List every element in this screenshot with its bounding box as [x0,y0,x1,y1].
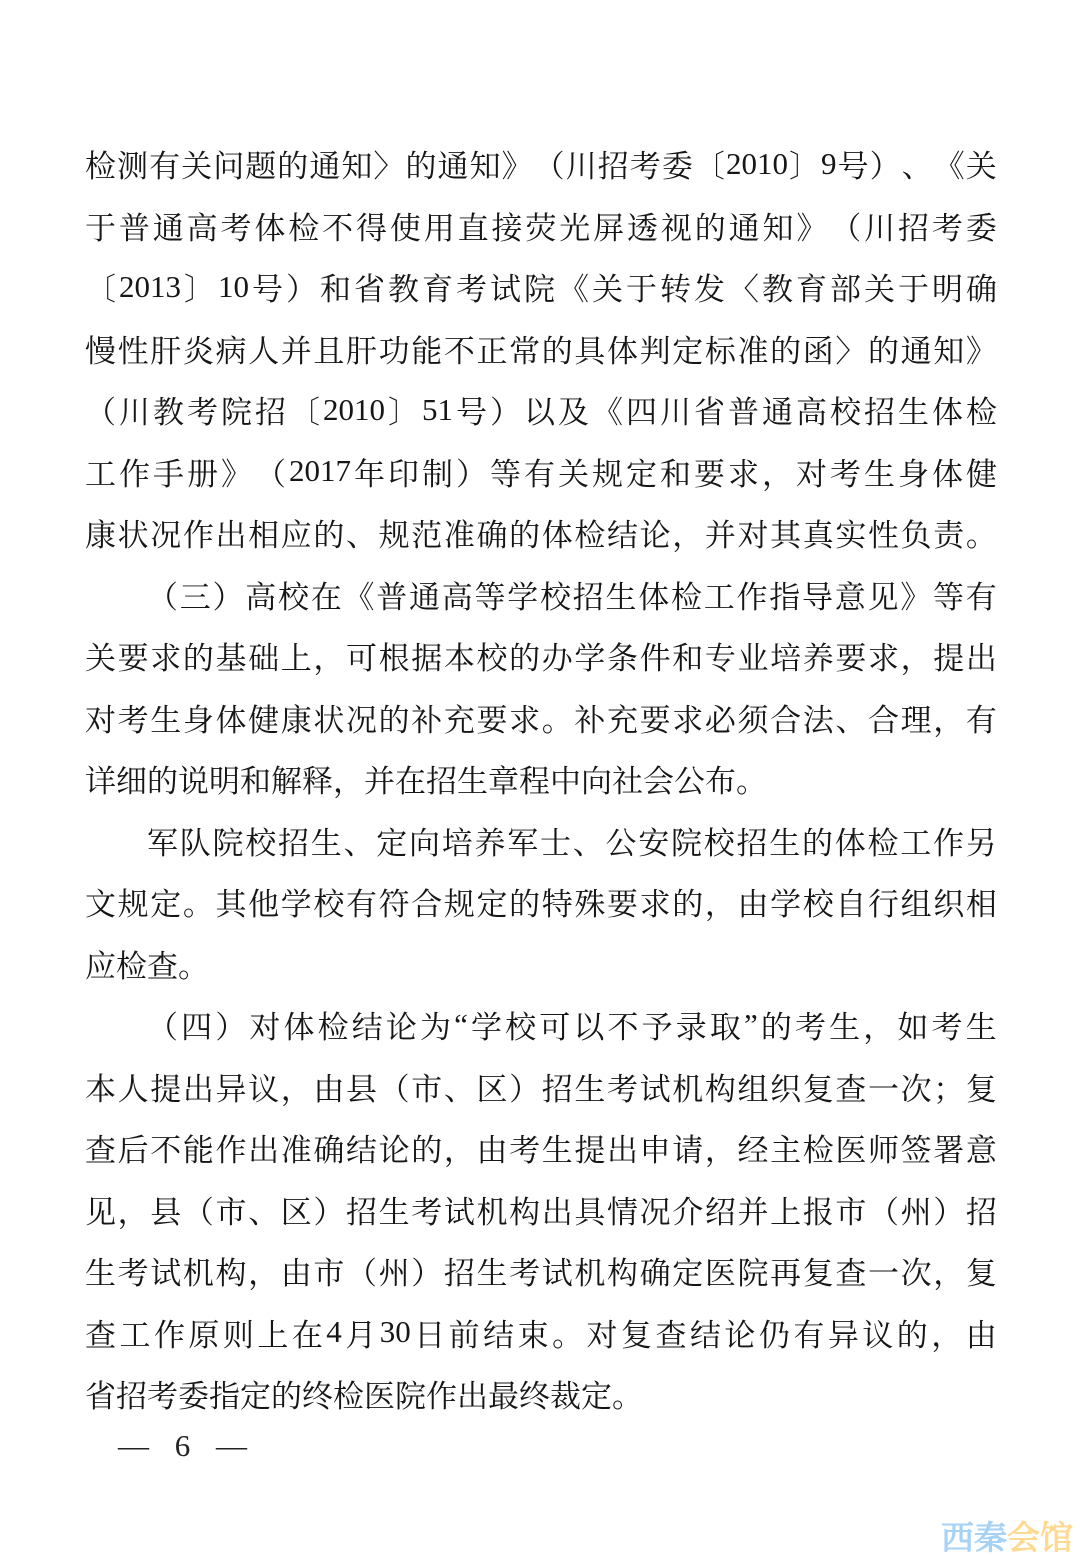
text-glyph: 院 [671,818,702,863]
text-glyph: 医 [835,1125,866,1170]
text-glyph: 市 [411,1064,442,1109]
text-glyph: 次 [901,1064,932,1109]
text-glyph: 养 [803,633,834,678]
text-glyph: （ [147,1002,178,1047]
text-glyph: 机 [574,1248,605,1293]
text-glyph: 专 [705,633,736,678]
text-glyph: 取 [710,1002,741,1047]
text-glyph: 学 [471,1002,502,1047]
text-glyph: 上 [770,1187,801,1232]
text-glyph: 〕 [388,387,419,432]
text-glyph: 通 [762,387,793,432]
text-glyph: 培 [442,818,473,863]
text-glyph: 体 [254,203,285,248]
text-glyph: 发 [694,264,725,309]
text-glyph: 和 [660,449,691,494]
text-glyph: 复 [803,1248,834,1293]
text-glyph: 病 [216,326,247,371]
text-glyph: 生 [311,818,342,863]
text-glyph: 州 [379,1248,410,1293]
text-glyph: 须 [738,695,769,740]
text-glyph: 出 [607,1125,638,1170]
text-glyph: 视 [661,203,692,248]
text-glyph: 本 [85,1064,116,1109]
text-glyph: 办 [542,633,573,678]
text-glyph: 确 [313,1125,344,1170]
text-line: 生考试机构，由市（州）招生考试机构确定医院再复查一次，复 [85,1240,997,1302]
text-glyph: 定 [477,879,508,924]
text-glyph: （ [830,203,861,248]
text-glyph: 充 [444,695,475,740]
text-glyph: 招 [346,1187,377,1232]
text-glyph: 范 [411,510,442,555]
text-glyph: 州 [901,1187,932,1232]
text-glyph: 并 [705,510,736,555]
text-glyph: 原 [188,1310,219,1355]
text-glyph: 、 [902,141,933,186]
text-glyph: 确 [640,1248,671,1293]
text-glyph: 、 [346,510,377,555]
text-glyph: 由 [966,1310,997,1355]
text-glyph: 相 [248,510,279,555]
text-glyph: 为 [420,1002,451,1047]
text-glyph: 能 [411,326,442,371]
text-glyph: 校 [505,1002,536,1047]
text-glyph: 招 [864,387,895,432]
text-glyph: 区 [281,1187,312,1232]
text-glyph: 织 [933,879,964,924]
text-glyph: ， [672,510,703,555]
text-glyph: 和 [320,264,351,309]
text-glyph: 手 [153,449,184,494]
text-glyph: 生 [85,1248,116,1293]
text-glyph: 基 [216,633,247,678]
text-glyph: 培 [770,633,801,678]
watermark-part-1: 西秦 [941,1519,1007,1556]
text-glyph: 结 [607,510,638,555]
text-line: 文规定。其他学校有符合规定的特殊要求的，由学校自行组织相 [85,871,997,933]
text-glyph: 的 [183,633,214,678]
text-glyph: 光 [559,203,590,248]
text-glyph: 用 [424,203,455,248]
text-glyph: 性 [868,510,899,555]
text-glyph: 知 [470,141,501,186]
text-glyph: 合 [868,695,899,740]
text-glyph: ） [870,141,901,186]
text-glyph: 有 [966,695,997,740]
text-glyph: 的 [379,695,410,740]
text-glyph: 对 [249,1002,280,1047]
text-glyph: 复 [803,1064,834,1109]
text-glyph: 《 [592,387,623,432]
text-glyph: 》 [966,326,997,371]
text-glyph: （ [346,1248,377,1293]
text-glyph: 真 [803,510,834,555]
text-glyph: 通 [901,326,932,371]
text-glyph: 请 [672,1125,703,1170]
text-glyph: 工 [704,572,735,617]
text-glyph: 录 [676,1002,707,1047]
text-glyph: 〔 [694,141,725,186]
text-glyph: 学 [507,572,538,617]
text-glyph: 有 [149,141,180,186]
text-glyph: 上 [281,633,312,678]
text-glyph: 以 [573,1002,604,1047]
text-glyph: 、 [444,1064,475,1109]
text-glyph: 炎 [183,326,214,371]
text-glyph: ， [933,695,964,740]
text-glyph: 确 [477,510,508,555]
text-glyph: 51 [422,392,453,428]
text-glyph: 招 [898,203,929,248]
text-glyph: 束 [518,1310,549,1355]
text-glyph: 法 [803,695,834,740]
text-glyph: （ [379,1064,410,1109]
text-glyph: 生 [829,1002,860,1047]
text-glyph: 检 [85,141,116,186]
text-glyph: 准 [444,510,475,555]
text-glyph: 养 [475,818,506,863]
text-glyph: 考 [932,203,963,248]
text-glyph: 生 [574,1064,605,1109]
text-glyph: 标 [705,326,736,371]
text-glyph: 构 [607,1248,638,1293]
text-glyph: 体 [638,572,669,617]
text-glyph: 求 [868,633,899,678]
text-glyph: 市 [835,1187,866,1232]
text-glyph: 测 [117,141,148,186]
text-glyph: 理 [901,695,932,740]
text-glyph: 考 [187,387,218,432]
text-glyph: 军 [147,818,178,863]
text-glyph: 其 [770,510,801,555]
text-glyph: 的 [509,879,540,924]
text-line: 检测有关问题的通知〉的通知》（川招考委〔2010〕9号）、《关 [85,133,997,195]
text-glyph: 关 [181,141,212,186]
text-glyph: 直 [458,203,489,248]
text-glyph: 确 [966,264,997,309]
text-glyph: 考 [830,449,861,494]
text-glyph: 知 [933,326,964,371]
text-glyph: 复 [621,1310,652,1355]
text-glyph: 10 [218,269,249,305]
text-glyph: 。 [552,1310,583,1355]
text-glyph: ， [762,449,793,494]
text-line: 对考生身体健康状况的补充要求。补充要求必须合法、合理，有 [85,687,997,749]
text-glyph: 织 [770,1064,801,1109]
text-glyph: 川 [119,387,150,432]
text-glyph: ） [490,387,521,432]
text-glyph: 教 [153,387,184,432]
text-glyph: 的 [695,203,726,248]
text-glyph: 向 [409,818,440,863]
text-glyph: 安 [638,818,669,863]
text-glyph: 〉 [373,141,404,186]
text-glyph: ） [213,572,244,617]
text-glyph: 的 [542,326,573,371]
text-glyph: 生 [477,1248,508,1293]
text-glyph: 条 [607,633,638,678]
text-glyph: 求 [640,879,671,924]
text-glyph: 试 [542,1248,573,1293]
text-glyph: 明 [932,264,963,309]
text-glyph: 件 [640,633,671,678]
text-glyph: 学 [770,879,801,924]
text-glyph: 校 [803,879,834,924]
text-glyph: 定 [672,326,703,371]
text-glyph: 体 [216,695,247,740]
text-glyph: 〔 [289,387,320,432]
text-glyph: 、 [835,695,866,740]
text-glyph: 育 [422,264,453,309]
text-glyph: 结 [346,1125,377,1170]
text-glyph: （ [534,141,565,186]
text-glyph: 相 [966,879,997,924]
text-glyph: 招 [598,141,629,186]
text-glyph: 〈 [728,264,759,309]
text-glyph: 其 [216,879,247,924]
text-glyph: （ [85,387,116,432]
page-number: — 6 — [118,1428,256,1464]
text-glyph: 的 [868,326,899,371]
text-glyph: 三 [180,572,211,617]
text-glyph: 。 [966,510,997,555]
text-glyph: （ [183,1187,214,1232]
text-glyph: 试 [640,1064,671,1109]
text-glyph: 由 [477,1125,508,1170]
text-glyph: 况 [346,695,377,740]
text-glyph: 关 [864,264,895,309]
watermark-part-2: 会馆 [1007,1519,1073,1556]
text-glyph: ， [933,1248,964,1293]
text-glyph: 考 [932,1002,963,1047]
text-glyph: ） [313,1187,344,1232]
text-glyph: 医 [705,1248,736,1293]
text-glyph: 〕 [789,141,820,186]
text-glyph: 校 [704,818,735,863]
text-glyph: 复 [966,1064,997,1109]
text-glyph: 构 [216,1248,247,1293]
text-glyph: 知 [341,141,372,186]
text-glyph: 议 [862,1310,893,1355]
text-glyph: 复 [966,1248,997,1293]
text-glyph: 2010 [323,392,385,428]
text-glyph: 公 [606,818,637,863]
text-glyph: 高 [796,387,827,432]
text-glyph: 作 [216,1125,247,1170]
text-glyph: 作 [183,510,214,555]
text-glyph: 不 [608,1002,639,1047]
text-glyph: ， [931,1310,962,1355]
watermark: 西秦会馆 [941,1512,1073,1556]
text-glyph: 、 [248,1187,279,1232]
text-glyph: 再 [770,1248,801,1293]
text-glyph: 考 [456,264,487,309]
text-glyph: 前 [449,1310,480,1355]
text-glyph: 考 [411,1187,442,1232]
text-glyph: 高 [245,572,276,617]
text-glyph: 。 [183,879,214,924]
text-glyph: 检 [868,818,899,863]
text-line: 本人提出异议，由县（市、区）招生考试机构组织复查一次；复 [85,1056,997,1118]
text-glyph: 育 [796,264,827,309]
text-glyph: 工 [85,449,116,494]
text-glyph: 判 [640,326,671,371]
text-glyph: 考 [607,1064,638,1109]
text-glyph: 作 [154,1310,185,1355]
text-glyph: 试 [150,1248,181,1293]
text-glyph: 查 [85,1125,116,1170]
text-glyph: 通 [438,141,469,186]
text-glyph: 《 [934,141,965,186]
text-glyph: 考 [118,1248,149,1293]
text-glyph: 2010 [726,146,788,182]
text-glyph: 号 [456,387,487,432]
text-glyph: 册 [187,449,218,494]
text-glyph: ； [933,1064,964,1109]
text-glyph: 招 [573,572,604,617]
text-glyph: 论 [386,1002,417,1047]
text-glyph: 出 [966,633,997,678]
text-glyph: 知 [763,203,794,248]
text-glyph: 委 [662,141,693,186]
text-glyph: 的 [405,141,436,186]
text-glyph: 〉 [835,326,866,371]
text-glyph: 状 [313,695,344,740]
text-glyph: 师 [868,1125,899,1170]
text-glyph: “ [454,1007,468,1043]
text-glyph: 出 [248,1125,279,1170]
text-glyph: 体 [284,1002,315,1047]
text-glyph: 招 [278,818,309,863]
text-line: （三）高校在《普通高等学校招生体检工作指导意见》等有 [85,564,997,626]
text-glyph: 关 [85,633,116,678]
text-glyph: 具 [574,326,605,371]
text-glyph: 要 [477,695,508,740]
text-glyph: 经 [738,1125,769,1170]
text-glyph: 生 [606,572,637,617]
text-glyph: 使 [390,203,421,248]
text-glyph: 本 [444,633,475,678]
text-glyph: 考 [221,203,252,248]
text-glyph: 考 [118,695,149,740]
text-glyph: 屏 [593,203,624,248]
text-glyph: 合 [411,879,442,924]
text-glyph: 于 [85,203,116,248]
text-glyph: 健 [248,695,279,740]
text-glyph: 军 [507,818,538,863]
text-glyph: 。 [542,695,573,740]
text-glyph: 省 [354,264,385,309]
text-glyph: 定 [150,879,181,924]
text-glyph: 要 [640,695,671,740]
text-glyph: 合 [770,695,801,740]
text-glyph: 签 [901,1125,932,1170]
text-glyph: ， [281,1064,312,1109]
text-glyph: 求 [150,633,181,678]
text-glyph: 教 [762,264,793,309]
text-glyph: 院 [524,264,555,309]
text-glyph: 规 [118,879,149,924]
text-glyph: 生 [542,1125,573,1170]
text-glyph: 仍 [759,1310,790,1355]
text-glyph: 要 [835,633,866,678]
text-glyph: 的 [672,879,703,924]
text-glyph: 出 [216,510,247,555]
text-glyph: 县 [346,1064,377,1109]
text-glyph: 招 [737,818,768,863]
text-glyph: 体 [607,326,638,371]
text-glyph: 责 [933,510,964,555]
text-glyph: 区 [477,1064,508,1109]
text-glyph: 通 [153,203,184,248]
text-glyph: 的 [509,633,540,678]
text-glyph: 普 [119,203,150,248]
text-glyph: 行 [868,879,899,924]
text-glyph: ） [215,1002,246,1047]
text-glyph: 性 [118,326,149,371]
text-line: 应检查。 [85,933,997,995]
text-glyph: 提 [574,1125,605,1170]
text-glyph: ， [863,1002,894,1047]
text-glyph: 实 [835,510,866,555]
text-glyph: 、 [573,818,604,863]
text-glyph: 自 [835,879,866,924]
text-glyph: 》 [502,141,533,186]
text-glyph: 上 [257,1310,288,1355]
text-run: 省招考委指定的终检医院作出最终裁定。 [85,1371,643,1416]
text-glyph: 生 [150,695,181,740]
text-glyph: 市 [313,1248,344,1293]
text-glyph: 报 [803,1187,834,1232]
text-glyph: 定 [672,1248,703,1293]
text-glyph: ， [901,633,932,678]
text-glyph: 》 [221,449,252,494]
text-glyph: 生 [769,818,800,863]
text-glyph: ） [456,449,487,494]
text-glyph: 机 [183,1248,214,1293]
text-glyph: ” [744,1007,758,1043]
text-glyph: 作 [119,449,150,494]
text-glyph: 市 [216,1187,247,1232]
text-glyph: ， [705,1125,736,1170]
text-glyph: 作 [737,572,768,617]
text-glyph: 组 [738,1064,769,1109]
text-glyph: 查 [835,1064,866,1109]
text-glyph: 必 [705,695,736,740]
text-glyph: 考 [509,1125,540,1170]
text-glyph: 础 [248,633,279,678]
text-glyph: 意 [966,1125,997,1170]
text-glyph: 另 [966,818,997,863]
text-glyph: ） [509,1064,540,1109]
text-glyph: 不 [150,1125,181,1170]
text-glyph: 的 [770,326,801,371]
text-glyph: 体 [932,449,963,494]
text-glyph: 检 [318,1002,349,1047]
text-glyph: 队 [180,818,211,863]
text-glyph: 院 [738,1248,769,1293]
text-glyph: 等 [475,572,506,617]
text-glyph: 透 [627,203,658,248]
text-glyph: 定 [626,449,657,494]
text-glyph: 健 [966,449,997,494]
text-glyph: 检 [574,510,605,555]
text-glyph: 他 [248,879,279,924]
text-glyph: 的 [802,818,833,863]
text-glyph: 身 [183,695,214,740]
text-glyph: 考 [509,1248,540,1293]
